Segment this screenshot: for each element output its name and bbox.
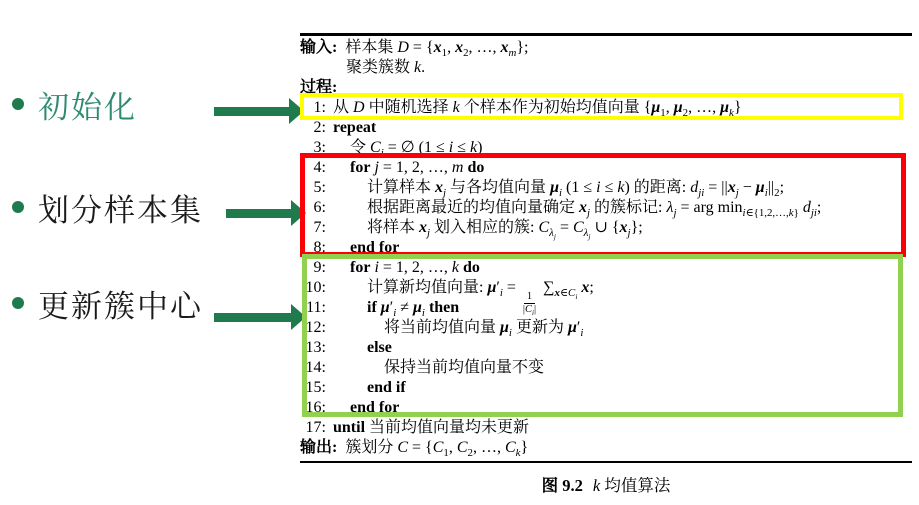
arrow-right-icon xyxy=(214,98,304,124)
bullet-icon xyxy=(12,98,24,110)
arrow-body xyxy=(214,313,293,322)
label-initialization: 初始化 xyxy=(38,82,137,127)
arrow-right-icon xyxy=(226,200,306,226)
algo-line-6: 6:根据距离最近的均值向量确定 xj 的簇标记: λj = arg mini∈{… xyxy=(300,198,912,218)
bullet-item-initialization: 初始化 xyxy=(12,86,137,122)
bullet-item-update-centers: 更新簇中心 xyxy=(12,285,203,321)
algo-line-5: 5:计算样本 xj 与各均值向量 μi (1 ≤ i ≤ k) 的距离: dji… xyxy=(300,178,912,198)
algo-line-12: 12:将当前均值向量 μi 更新为 μ′i xyxy=(300,318,912,338)
algo-line-8: 8:end for xyxy=(300,238,912,258)
bottom-rule xyxy=(300,461,912,464)
algo-input-line2: 聚类簇数 k. xyxy=(300,58,912,78)
algo-line-1: 1:从 D 中随机选择 k 个样本作为初始均值向量 {μ1, μ2, …, μk… xyxy=(300,98,912,118)
algo-line-3: 3:令 Ci = ∅ (1 ≤ i ≤ k) xyxy=(300,138,912,158)
figure-caption: 图 9.2k 均值算法 xyxy=(300,472,912,496)
algo-line-2: 2:repeat xyxy=(300,118,912,138)
slide: 初始化 划分样本集 更新簇中心 输入: 样本集 D = {x1, x2, …, … xyxy=(0,0,919,505)
algo-line-14: 14:保持当前均值向量不变 xyxy=(300,358,912,378)
algo-line-9: 9:for i = 1, 2, …, k do xyxy=(300,258,912,278)
algo-line-13: 13:else xyxy=(300,338,912,358)
bullet-icon xyxy=(12,297,24,309)
algo-output-line: 输出: 簇划分 C = {C1, C2, …, Ck} xyxy=(300,438,912,458)
bullet-icon xyxy=(12,201,24,213)
label-update-centers: 更新簇中心 xyxy=(38,281,203,326)
algo-line-4: 4:for j = 1, 2, …, m do xyxy=(300,158,912,178)
algo-line-16: 16:end for xyxy=(300,398,912,418)
arrow-body xyxy=(214,107,291,116)
algorithm-figure: 输入: 样本集 D = {x1, x2, …, xm}; 聚类簇数 k. 过程:… xyxy=(300,33,912,496)
algo-line-10: 10:计算新均值向量: μ′i = 1|Ci| ∑x∈Ci x; xyxy=(300,278,912,298)
algo-line-17: 17:until 当前均值向量均未更新 xyxy=(300,418,912,438)
arrow-body xyxy=(226,209,293,218)
label-partition: 划分样本集 xyxy=(38,185,203,230)
algorithm-body: 输入: 样本集 D = {x1, x2, …, xm}; 聚类簇数 k. 过程:… xyxy=(300,36,912,458)
algo-line-11: 11:if μ′i ≠ μi then xyxy=(300,298,912,318)
algo-process-label: 过程: xyxy=(300,78,912,98)
arrow-right-icon xyxy=(214,304,306,330)
algo-line-7: 7:将样本 xj 划入相应的簇: Cλj = Cλj ∪ {xj}; xyxy=(300,218,912,238)
algo-input-line: 输入: 样本集 D = {x1, x2, …, xm}; xyxy=(300,38,912,58)
bullet-item-partition: 划分样本集 xyxy=(12,189,203,225)
algo-line-15: 15:end if xyxy=(300,378,912,398)
